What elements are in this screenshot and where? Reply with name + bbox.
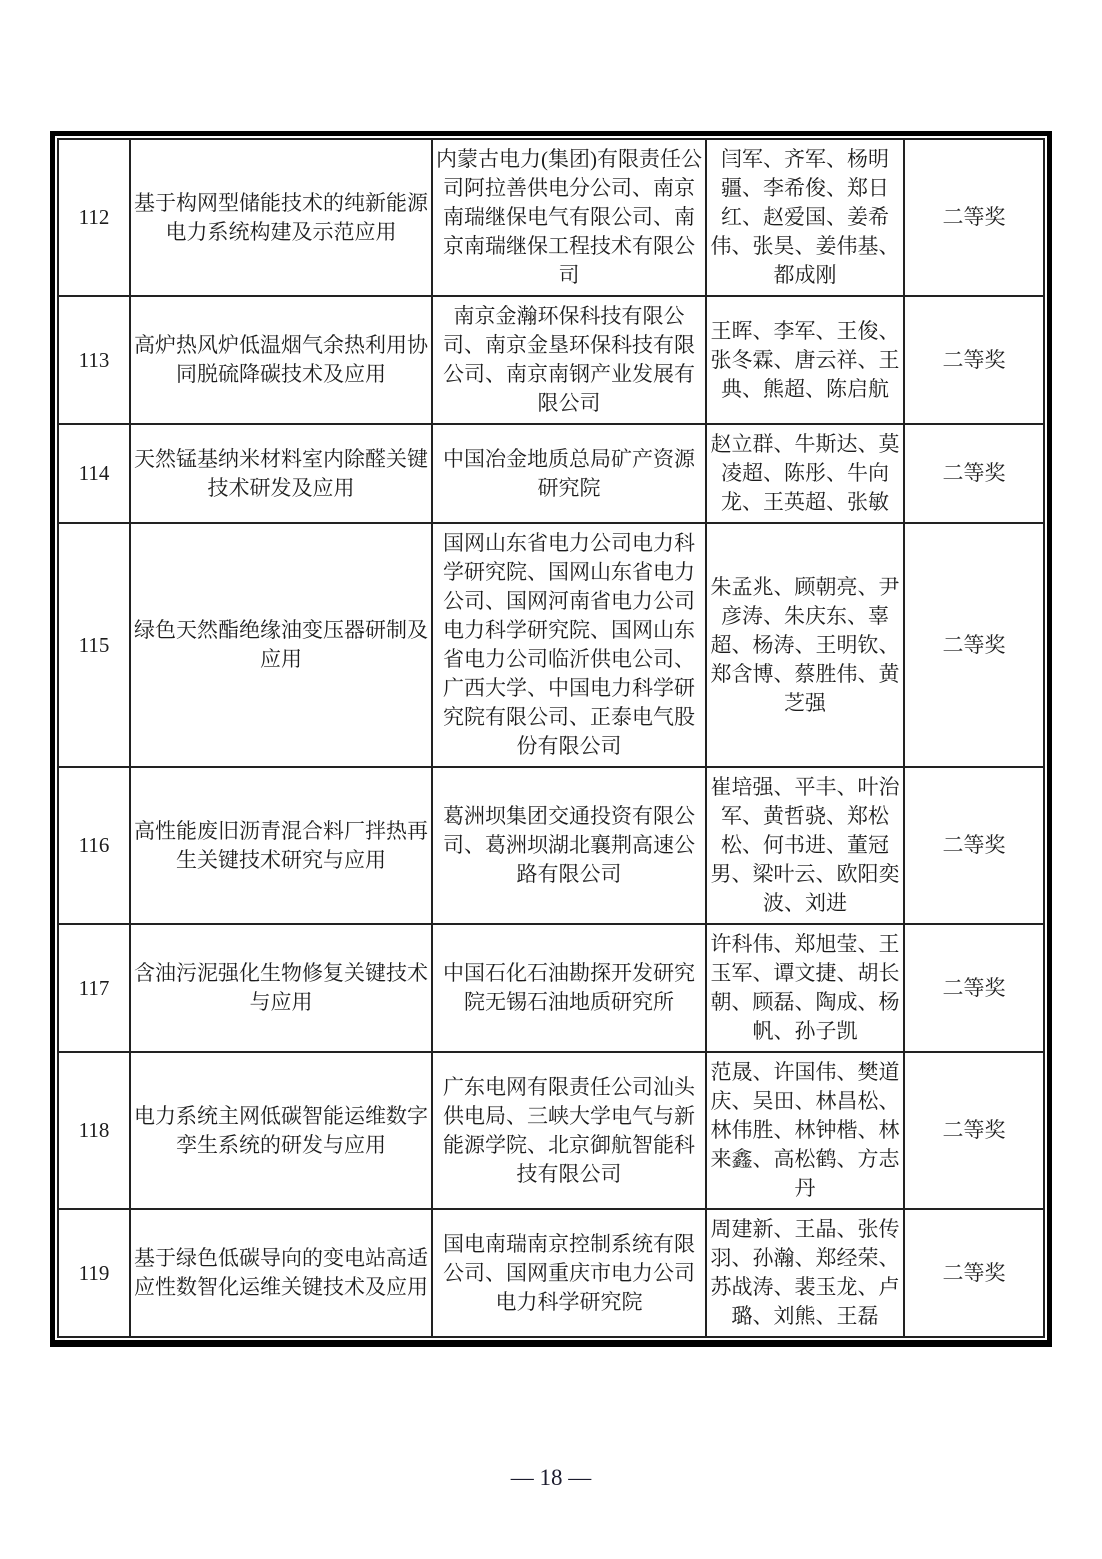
cell-organizations: 南京金瀚环保科技有限公司、南京金垦环保科技有限公司、南京南钢产业发展有限公司 (432, 296, 706, 424)
cell-award-level: 二等奖 (904, 767, 1044, 924)
cell-organizations: 国网山东省电力公司电力科学研究院、国网山东省电力公司、国网河南省电力公司电力科学… (432, 523, 706, 767)
cell-row-number: 119 (58, 1209, 130, 1337)
cell-people-names: 范晟、许国伟、樊道庆、吴田、林昌松、林伟胜、林钟楷、林来鑫、高松鹤、方志丹 (706, 1052, 904, 1209)
cell-people-names: 朱孟兆、顾朝亮、尹彦涛、朱庆东、辜超、杨涛、王明钦、郑含博、蔡胜伟、黄芝强 (706, 523, 904, 767)
cell-project-name: 高炉热风炉低温烟气余热利用协同脱硫降碳技术及应用 (130, 296, 432, 424)
cell-organizations: 广东电网有限责任公司汕头供电局、三峡大学电气与新能源学院、北京御航智能科技有限公… (432, 1052, 706, 1209)
cell-people-names: 赵立群、牛斯达、莫凌超、陈彤、牛向龙、王英超、张敏 (706, 424, 904, 523)
cell-people-names: 王晖、李军、王俊、张冬霖、唐云祥、王典、熊超、陈启航 (706, 296, 904, 424)
cell-people-names: 许科伟、郑旭莹、王玉军、谭文捷、胡长朝、顾磊、陶成、杨帆、孙子凯 (706, 924, 904, 1052)
table-row: 113 高炉热风炉低温烟气余热利用协同脱硫降碳技术及应用 南京金瀚环保科技有限公… (58, 296, 1044, 424)
cell-row-number: 115 (58, 523, 130, 767)
table-row: 119 基于绿色低碳导向的变电站高适应性数智化运维关键技术及应用 国电南瑞南京控… (58, 1209, 1044, 1337)
cell-award-level: 二等奖 (904, 523, 1044, 767)
cell-award-level: 二等奖 (904, 1052, 1044, 1209)
award-table-frame: 112 基于构网型储能技术的纯新能源电力系统构建及示范应用 内蒙古电力(集团)有… (50, 131, 1052, 1347)
cell-award-level: 二等奖 (904, 924, 1044, 1052)
cell-row-number: 117 (58, 924, 130, 1052)
cell-row-number: 116 (58, 767, 130, 924)
cell-people-names: 崔培强、平丰、叶治军、黄哲骁、郑松松、何书进、董冠男、梁叶云、欧阳奕波、刘进 (706, 767, 904, 924)
cell-row-number: 114 (58, 424, 130, 523)
cell-project-name: 绿色天然酯绝缘油变压器研制及应用 (130, 523, 432, 767)
cell-organizations: 国电南瑞南京控制系统有限公司、国网重庆市电力公司电力科学研究院 (432, 1209, 706, 1337)
cell-organizations: 中国石化石油勘探开发研究院无锡石油地质研究所 (432, 924, 706, 1052)
cell-organizations: 葛洲坝集团交通投资有限公司、葛洲坝湖北襄荆高速公路有限公司 (432, 767, 706, 924)
page-number: — 18 — (511, 1465, 592, 1490)
cell-award-level: 二等奖 (904, 424, 1044, 523)
cell-organizations: 中国冶金地质总局矿产资源研究院 (432, 424, 706, 523)
cell-row-number: 112 (58, 139, 130, 296)
table-row: 112 基于构网型储能技术的纯新能源电力系统构建及示范应用 内蒙古电力(集团)有… (58, 139, 1044, 296)
cell-project-name: 高性能废旧沥青混合料厂拌热再生关键技术研究与应用 (130, 767, 432, 924)
cell-people-names: 周建新、王晶、张传羽、孙瀚、郑经荣、苏战涛、裴玉龙、卢璐、刘熊、王磊 (706, 1209, 904, 1337)
table-row: 118 电力系统主网低碳智能运维数字孪生系统的研发与应用 广东电网有限责任公司汕… (58, 1052, 1044, 1209)
award-table: 112 基于构网型储能技术的纯新能源电力系统构建及示范应用 内蒙古电力(集团)有… (57, 138, 1045, 1338)
page-footer: — 18 — (0, 1463, 1102, 1493)
cell-row-number: 118 (58, 1052, 130, 1209)
cell-organizations: 内蒙古电力(集团)有限责任公司阿拉善供电分公司、南京南瑞继保电气有限公司、南京南… (432, 139, 706, 296)
table-row: 116 高性能废旧沥青混合料厂拌热再生关键技术研究与应用 葛洲坝集团交通投资有限… (58, 767, 1044, 924)
cell-award-level: 二等奖 (904, 1209, 1044, 1337)
cell-award-level: 二等奖 (904, 296, 1044, 424)
award-table-body: 112 基于构网型储能技术的纯新能源电力系统构建及示范应用 内蒙古电力(集团)有… (58, 139, 1044, 1337)
cell-project-name: 基于绿色低碳导向的变电站高适应性数智化运维关键技术及应用 (130, 1209, 432, 1337)
cell-award-level: 二等奖 (904, 139, 1044, 296)
document-page: 112 基于构网型储能技术的纯新能源电力系统构建及示范应用 内蒙古电力(集团)有… (0, 0, 1102, 1559)
cell-people-names: 闫军、齐军、杨明疆、李希俊、郑日红、赵爱国、姜希伟、张昊、姜伟基、都成刚 (706, 139, 904, 296)
cell-project-name: 天然锰基纳米材料室内除醛关键技术研发及应用 (130, 424, 432, 523)
cell-project-name: 含油污泥强化生物修复关键技术与应用 (130, 924, 432, 1052)
cell-row-number: 113 (58, 296, 130, 424)
cell-project-name: 电力系统主网低碳智能运维数字孪生系统的研发与应用 (130, 1052, 432, 1209)
table-row: 114 天然锰基纳米材料室内除醛关键技术研发及应用 中国冶金地质总局矿产资源研究… (58, 424, 1044, 523)
table-row: 115 绿色天然酯绝缘油变压器研制及应用 国网山东省电力公司电力科学研究院、国网… (58, 523, 1044, 767)
cell-project-name: 基于构网型储能技术的纯新能源电力系统构建及示范应用 (130, 139, 432, 296)
table-row: 117 含油污泥强化生物修复关键技术与应用 中国石化石油勘探开发研究院无锡石油地… (58, 924, 1044, 1052)
